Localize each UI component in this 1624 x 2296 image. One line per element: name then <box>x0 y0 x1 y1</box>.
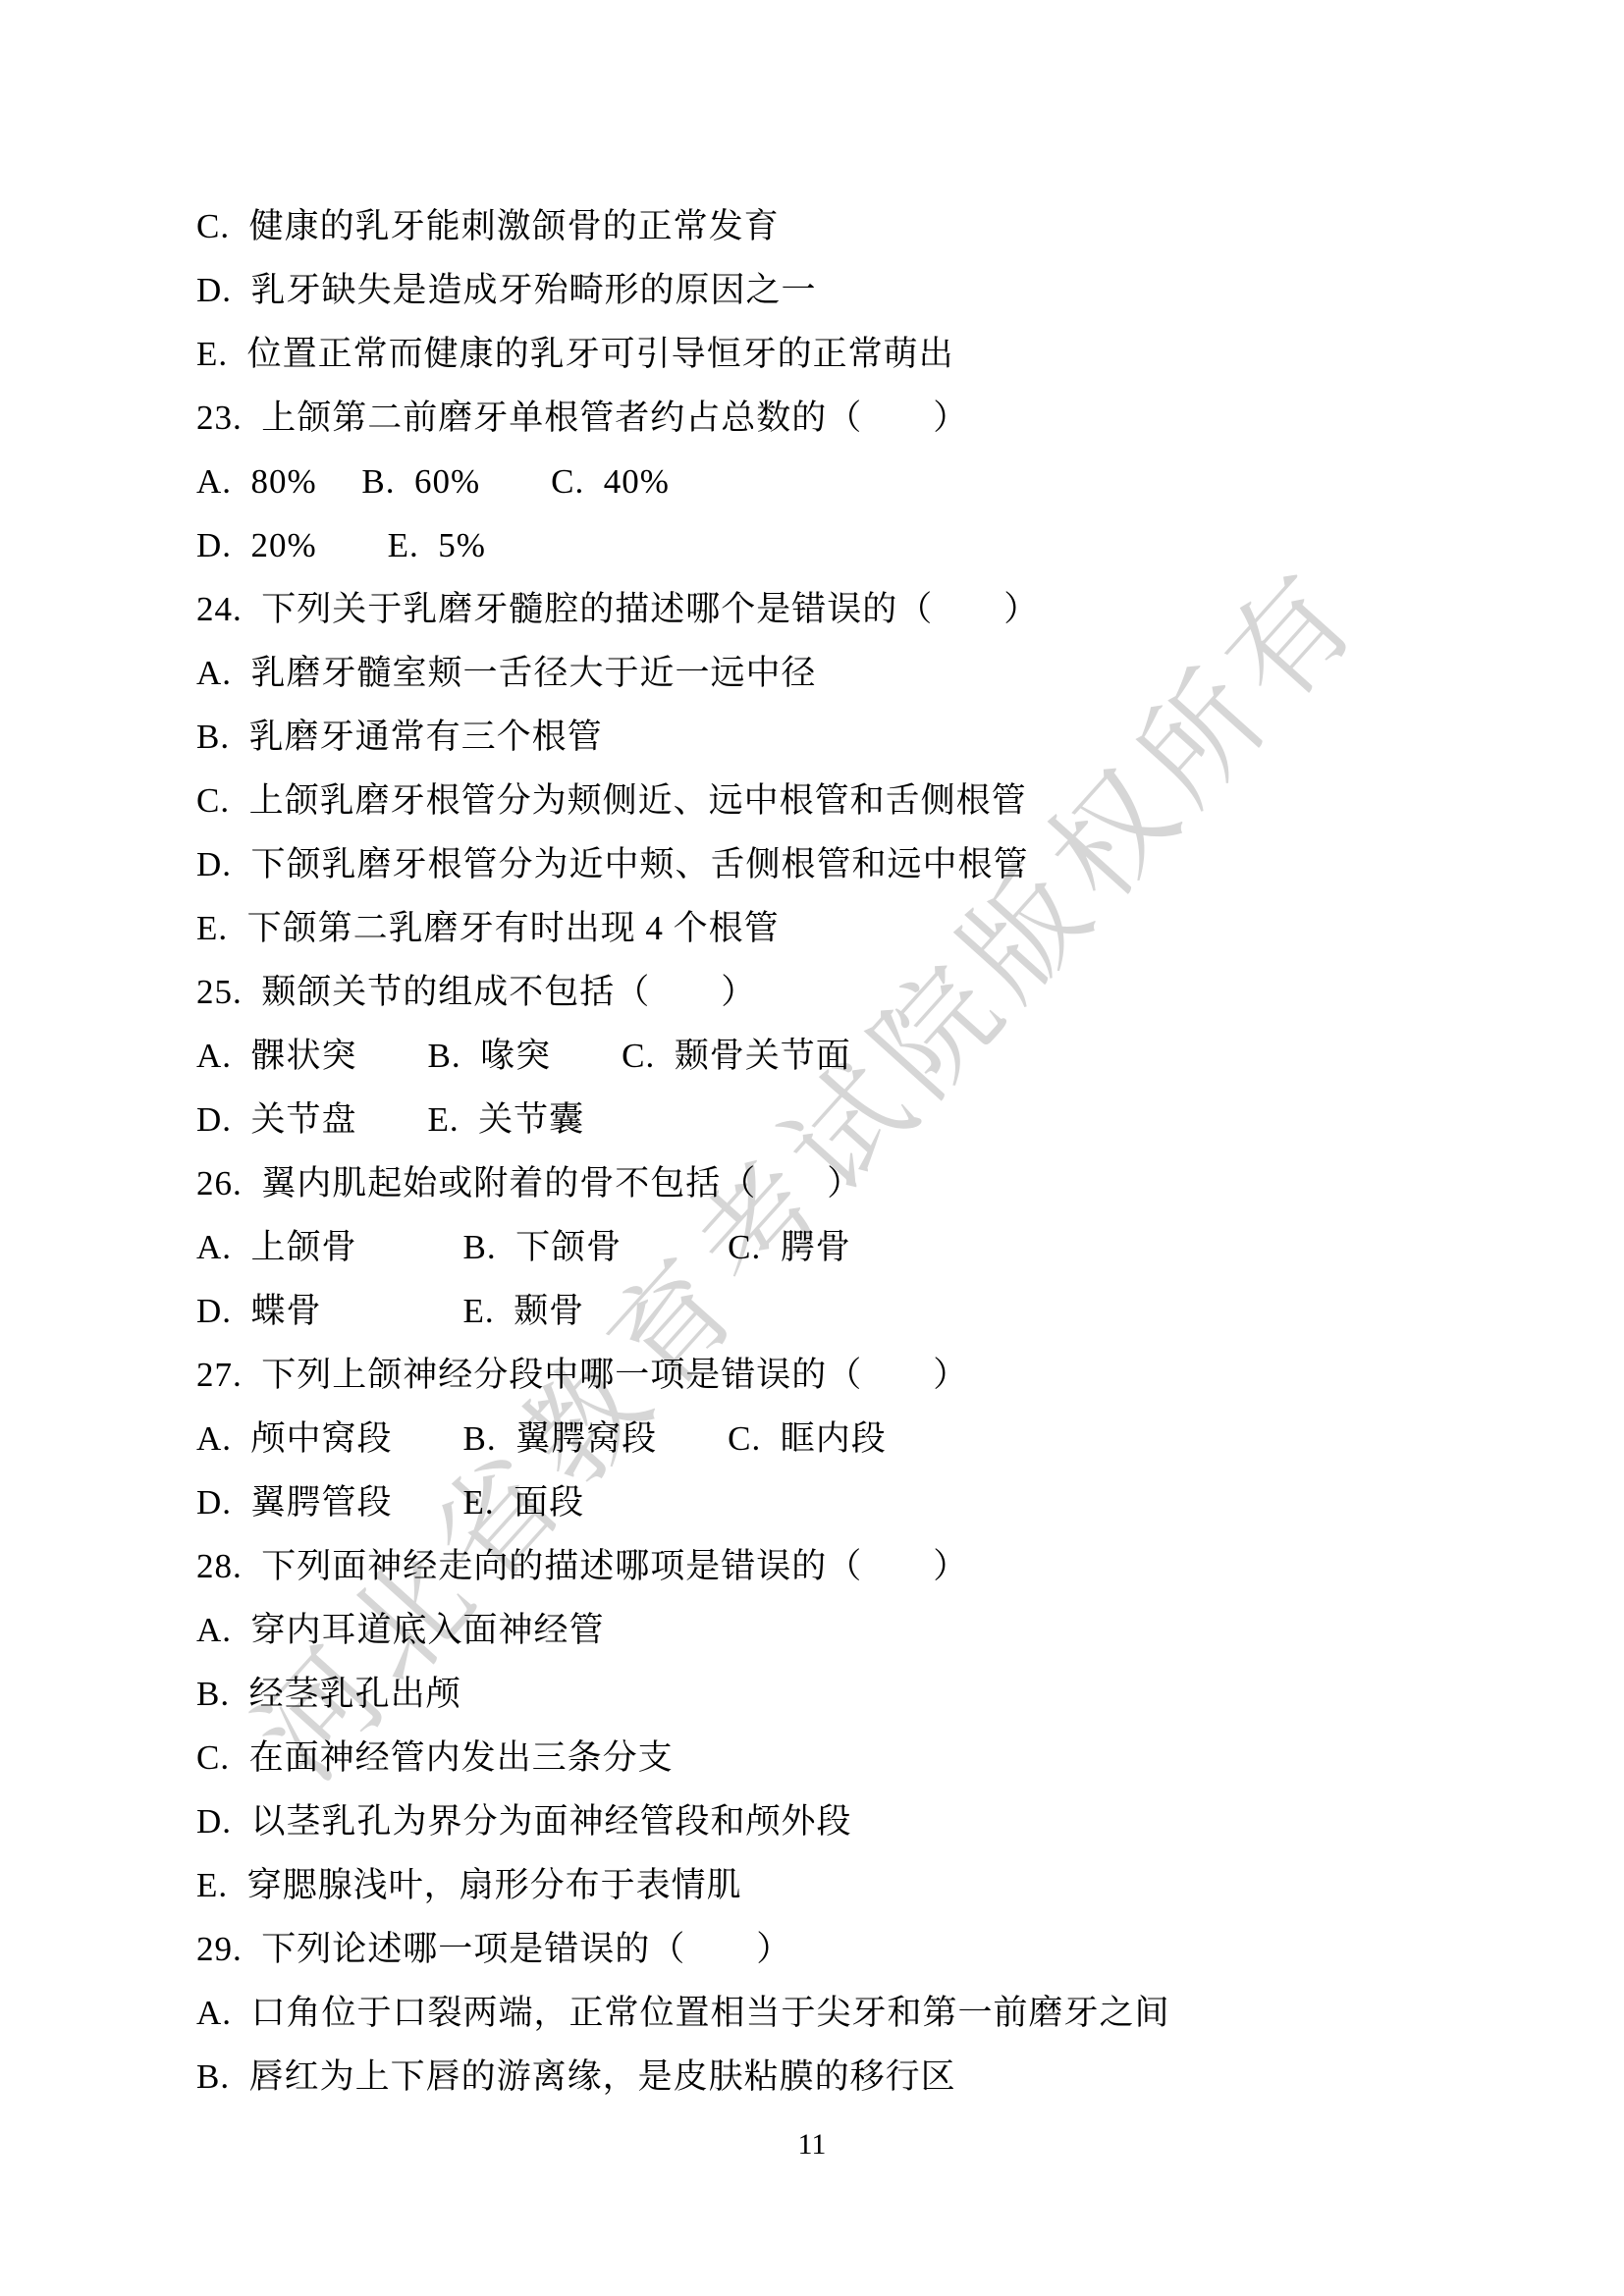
text-line: A. 80% B. 60% C. 40% <box>196 450 1526 513</box>
text-line: D. 20% E. 5% <box>196 513 1526 577</box>
text-line: A. 髁状突 B. 喙突 C. 颞骨关节面 <box>196 1024 1526 1088</box>
text-line: A. 口角位于口裂两端，正常位置相当于尖牙和第一前磨牙之间 <box>196 1981 1526 2045</box>
text-line: A. 颅中窝段 B. 翼腭窝段 C. 眶内段 <box>196 1407 1526 1470</box>
text-line: C. 在面神经管内发出三条分支 <box>196 1726 1526 1789</box>
text-line: D. 下颌乳磨牙根管分为近中颊、舌侧根管和远中根管 <box>196 832 1526 896</box>
text-line: 27. 下列上颌神经分段中哪一项是错误的（ ） <box>196 1343 1526 1407</box>
text-line: E. 下颌第二乳磨牙有时出现 4 个根管 <box>196 896 1526 960</box>
text-line: D. 翼腭管段 E. 面段 <box>196 1470 1526 1534</box>
text-line: 28. 下列面神经走向的描述哪项是错误的（ ） <box>196 1534 1526 1598</box>
text-line: C. 健康的乳牙能刺激颌骨的正常发育 <box>196 194 1526 258</box>
text-line: C. 上颌乳磨牙根管分为颊侧近、远中根管和舌侧根管 <box>196 769 1526 832</box>
text-line: E. 位置正常而健康的乳牙可引导恒牙的正常萌出 <box>196 322 1526 386</box>
page-number: 11 <box>0 2128 1624 2162</box>
text-line: D. 以茎乳孔为界分为面神经管段和颅外段 <box>196 1789 1526 1853</box>
text-line: A. 上颌骨 B. 下颌骨 C. 腭骨 <box>196 1215 1526 1279</box>
text-line: 24. 下列关于乳磨牙髓腔的描述哪个是错误的（ ） <box>196 577 1526 641</box>
text-line: E. 穿腮腺浅叶，扇形分布于表情肌 <box>196 1853 1526 1917</box>
exam-page: 河北省教育考试院版权所有 C. 健康的乳牙能刺激颌骨的正常发育D. 乳牙缺失是造… <box>0 0 1624 2296</box>
text-line: B. 经茎乳孔出颅 <box>196 1662 1526 1726</box>
text-line: D. 关节盘 E. 关节囊 <box>196 1088 1526 1151</box>
text-line: D. 乳牙缺失是造成牙殆畸形的原因之一 <box>196 258 1526 322</box>
text-line: 25. 颞颌关节的组成不包括（ ） <box>196 960 1526 1024</box>
text-line: 23. 上颌第二前磨牙单根管者约占总数的（ ） <box>196 386 1526 450</box>
text-line: A. 乳磨牙髓室颊一舌径大于近一远中径 <box>196 641 1526 705</box>
text-line: A. 穿内耳道底入面神经管 <box>196 1598 1526 1662</box>
text-line: 29. 下列论述哪一项是错误的（ ） <box>196 1917 1526 1981</box>
text-line: B. 唇红为上下唇的游离缘，是皮肤粘膜的移行区 <box>196 2045 1526 2109</box>
text-line: B. 乳磨牙通常有三个根管 <box>196 705 1526 769</box>
text-line: 26. 翼内肌起始或附着的骨不包括（ ） <box>196 1151 1526 1215</box>
question-text-block: C. 健康的乳牙能刺激颌骨的正常发育D. 乳牙缺失是造成牙殆畸形的原因之一E. … <box>0 194 1624 2109</box>
text-line: D. 蝶骨 E. 颞骨 <box>196 1279 1526 1343</box>
